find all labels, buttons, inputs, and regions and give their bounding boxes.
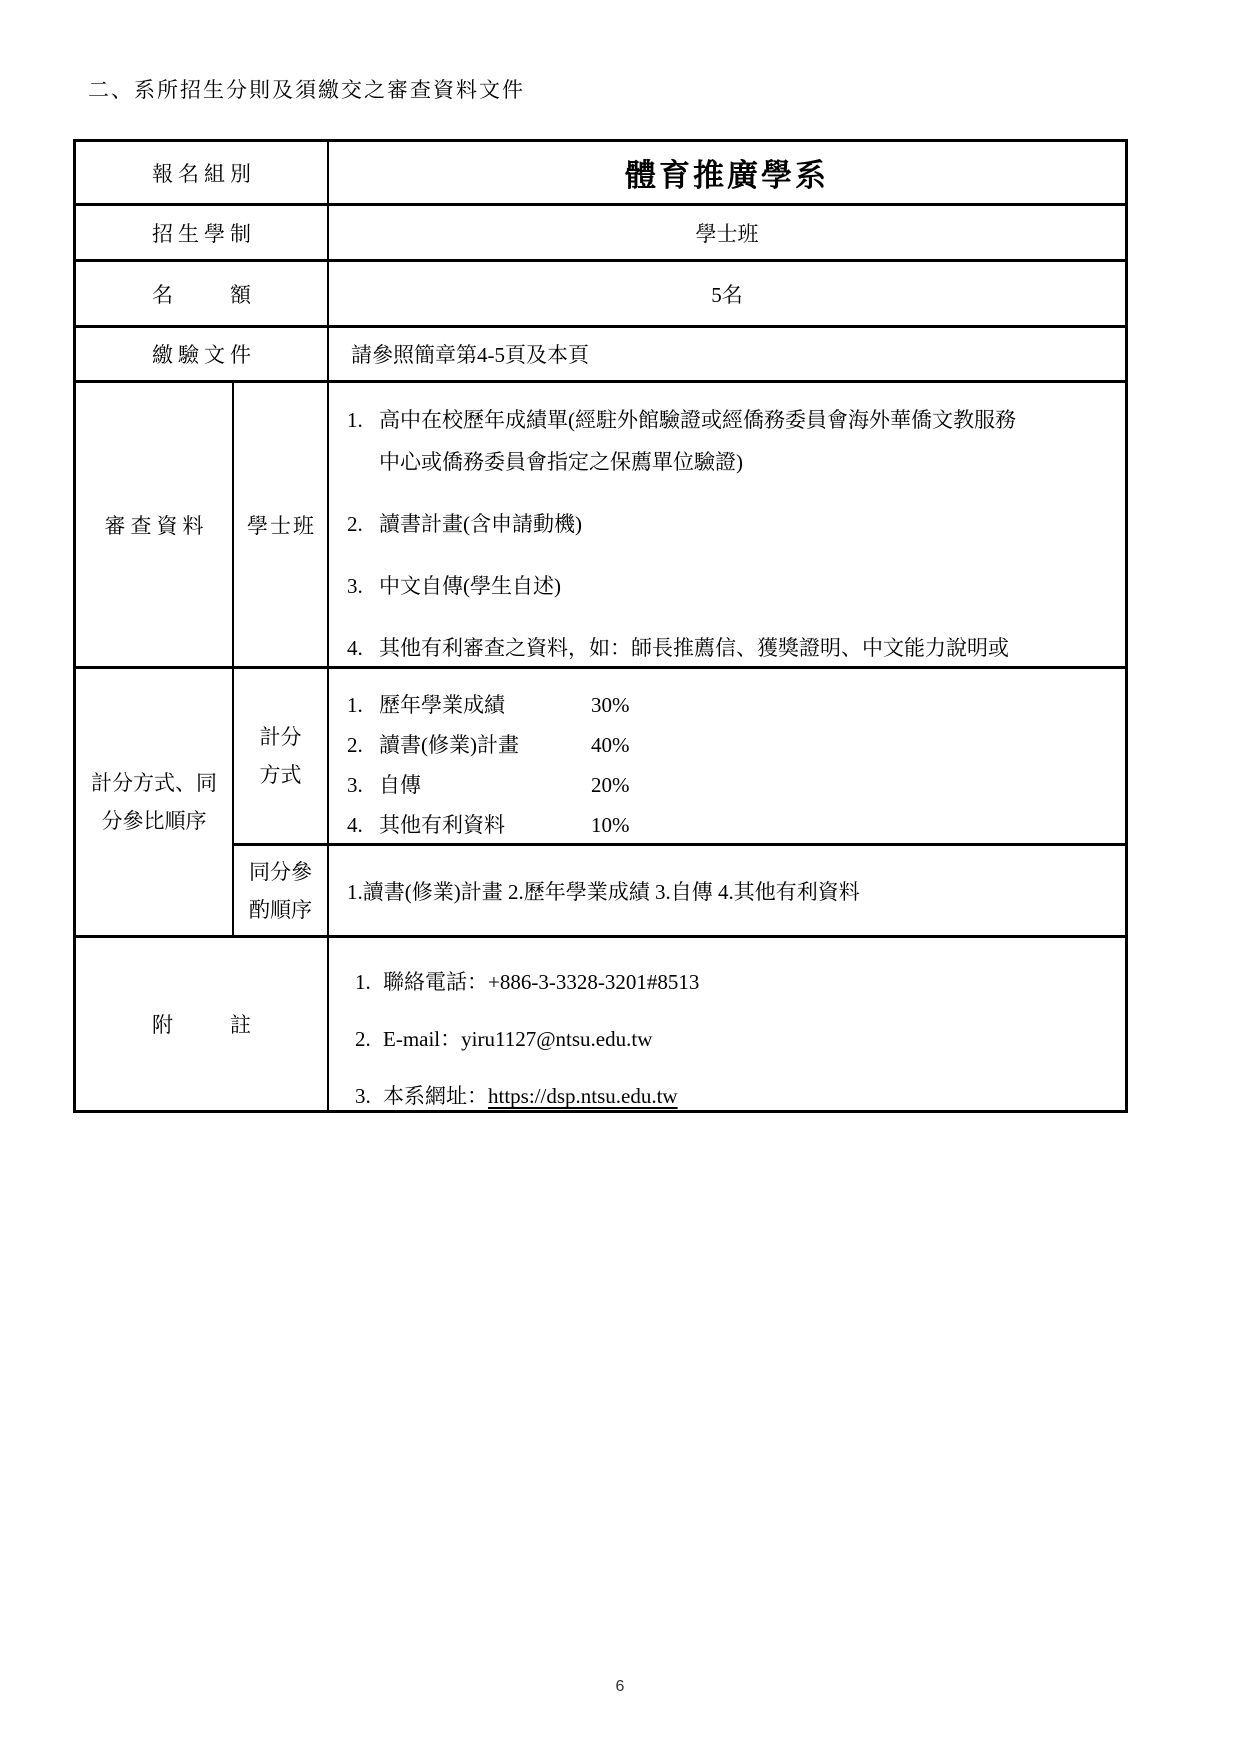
review-items: 1. 高中在校歷年成績單(經駐外館驗證或經僑務委員會海外華僑文教服務 中心或僑務…: [329, 383, 1125, 669]
review-item: 4. 其他有利審查之資料，如：師長推薦信、獲獎證明、中文能力說明或 相關有利證明…: [347, 627, 1009, 669]
item-line: 讀書計畫(含申請動機): [379, 503, 582, 545]
website-link[interactable]: https://dsp.ntsu.edu.tw: [488, 1076, 678, 1110]
review-sublabel: 學士班: [234, 383, 329, 669]
item-line: 中心或僑務委員會指定之保薦單位驗證): [379, 441, 1016, 483]
item-number: 2.: [355, 1019, 383, 1059]
score-item: 2. 讀書(修業)計畫 40%: [347, 725, 630, 765]
score-item: 1. 歷年學業成績 30%: [347, 685, 630, 725]
document-page: 二、系所招生分則及須繳交之審查資料文件 報名組別 體育推廣學系 招生學制 學士班…: [0, 0, 1240, 1753]
review-item: 2. 讀書計畫(含申請動機): [347, 503, 582, 545]
notes-items: 1. 聯絡電話：+886-3-3328-3201#8513 2. E-mail：…: [329, 938, 1125, 1110]
item-number: 4.: [347, 805, 379, 845]
row-notes-label: 附 註: [76, 938, 329, 1110]
note-item: 2. E-mail：yiru1127@ntsu.edu.tw: [355, 1019, 652, 1059]
item-text: 讀書計畫(含申請動機): [379, 503, 582, 545]
row-system-label: 招生學制: [76, 206, 329, 262]
row-scoring-group-label: 計分方式、同 分參比順序: [76, 669, 234, 938]
score-item: 3. 自傳 20%: [347, 765, 630, 805]
system-value: 學士班: [329, 206, 1125, 262]
score-percent: 20%: [591, 765, 630, 805]
score-name: 其他有利資料: [379, 805, 591, 845]
item-line: 中文自傳(學生自述): [379, 565, 561, 607]
item-number: 3.: [347, 765, 379, 805]
item-text: 高中在校歷年成績單(經駐外館驗證或經僑務委員會海外華僑文教服務 中心或僑務委員會…: [379, 399, 1016, 483]
note-text: 聯絡電話：+886-3-3328-3201#8513: [383, 962, 699, 1002]
item-line: 其他有利審查之資料，如：師長推薦信、獲獎證明、中文能力說明或: [379, 627, 1009, 669]
score-percent: 30%: [591, 685, 630, 725]
item-number: 1.: [355, 962, 383, 1002]
scoring-items: 1. 歷年學業成績 30% 2. 讀書(修業)計畫 40% 3. 自傳 20% …: [329, 669, 1125, 846]
label-line: 同分參: [249, 853, 312, 891]
note-item: 1. 聯絡電話：+886-3-3328-3201#8513: [355, 962, 699, 1002]
item-number: 3.: [355, 1076, 383, 1110]
item-number: 1.: [347, 685, 379, 725]
score-percent: 10%: [591, 805, 630, 845]
label-line: 分參比順序: [102, 802, 207, 840]
row-group-label: 報名組別: [76, 142, 329, 206]
tiebreak-value: 1.讀書(修業)計畫 2.歷年學業成績 3.自傳 4.其他有利資料: [329, 846, 1125, 938]
page-number: 6: [0, 1678, 1240, 1696]
row-docs-label: 繳驗文件: [76, 328, 329, 383]
item-number: 3.: [347, 565, 379, 607]
label-line: 方式: [260, 756, 302, 794]
note-text: E-mail：yiru1127@ntsu.edu.tw: [383, 1019, 652, 1059]
item-number: 2.: [347, 503, 379, 545]
tiebreak-sublabel: 同分參 酌順序: [234, 846, 329, 938]
label-line: 計分方式、同: [91, 764, 217, 802]
score-name: 自傳: [379, 765, 591, 805]
note-item: 3. 本系網址：https://dsp.ntsu.edu.tw: [355, 1076, 678, 1110]
note-text: 本系網址：: [383, 1076, 488, 1110]
row-review-label: 審查資料: [76, 383, 234, 669]
item-number: 4.: [347, 627, 379, 669]
label-line: 計分: [260, 718, 302, 756]
score-percent: 40%: [591, 725, 630, 765]
item-line: 高中在校歷年成績單(經駐外館驗證或經僑務委員會海外華僑文教服務: [379, 399, 1016, 441]
review-item: 3. 中文自傳(學生自述): [347, 565, 561, 607]
docs-value: 請參照簡章第4-5頁及本頁: [329, 328, 1125, 383]
item-text: 其他有利審查之資料，如：師長推薦信、獲獎證明、中文能力說明或 相關有利證明文件。…: [379, 627, 1009, 669]
item-text: 中文自傳(學生自述): [379, 565, 561, 607]
section-heading: 二、系所招生分則及須繳交之審查資料文件: [88, 74, 525, 104]
review-item: 1. 高中在校歷年成績單(經駐外館驗證或經僑務委員會海外華僑文教服務 中心或僑務…: [347, 399, 1016, 483]
score-item: 4. 其他有利資料 10%: [347, 805, 630, 845]
item-number: 1.: [347, 399, 379, 483]
admission-table: 報名組別 體育推廣學系 招生學制 學士班 名 額 5名 繳驗文件 請參照簡章第4…: [73, 139, 1128, 1113]
label-line: 酌順序: [249, 891, 312, 929]
department-name: 體育推廣學系: [329, 142, 1125, 206]
quota-value: 5名: [329, 262, 1125, 328]
item-number: 2.: [347, 725, 379, 765]
row-quota-label: 名 額: [76, 262, 329, 328]
score-name: 歷年學業成績: [379, 685, 591, 725]
score-name: 讀書(修業)計畫: [379, 725, 591, 765]
scoring-sublabel: 計分 方式: [234, 669, 329, 846]
